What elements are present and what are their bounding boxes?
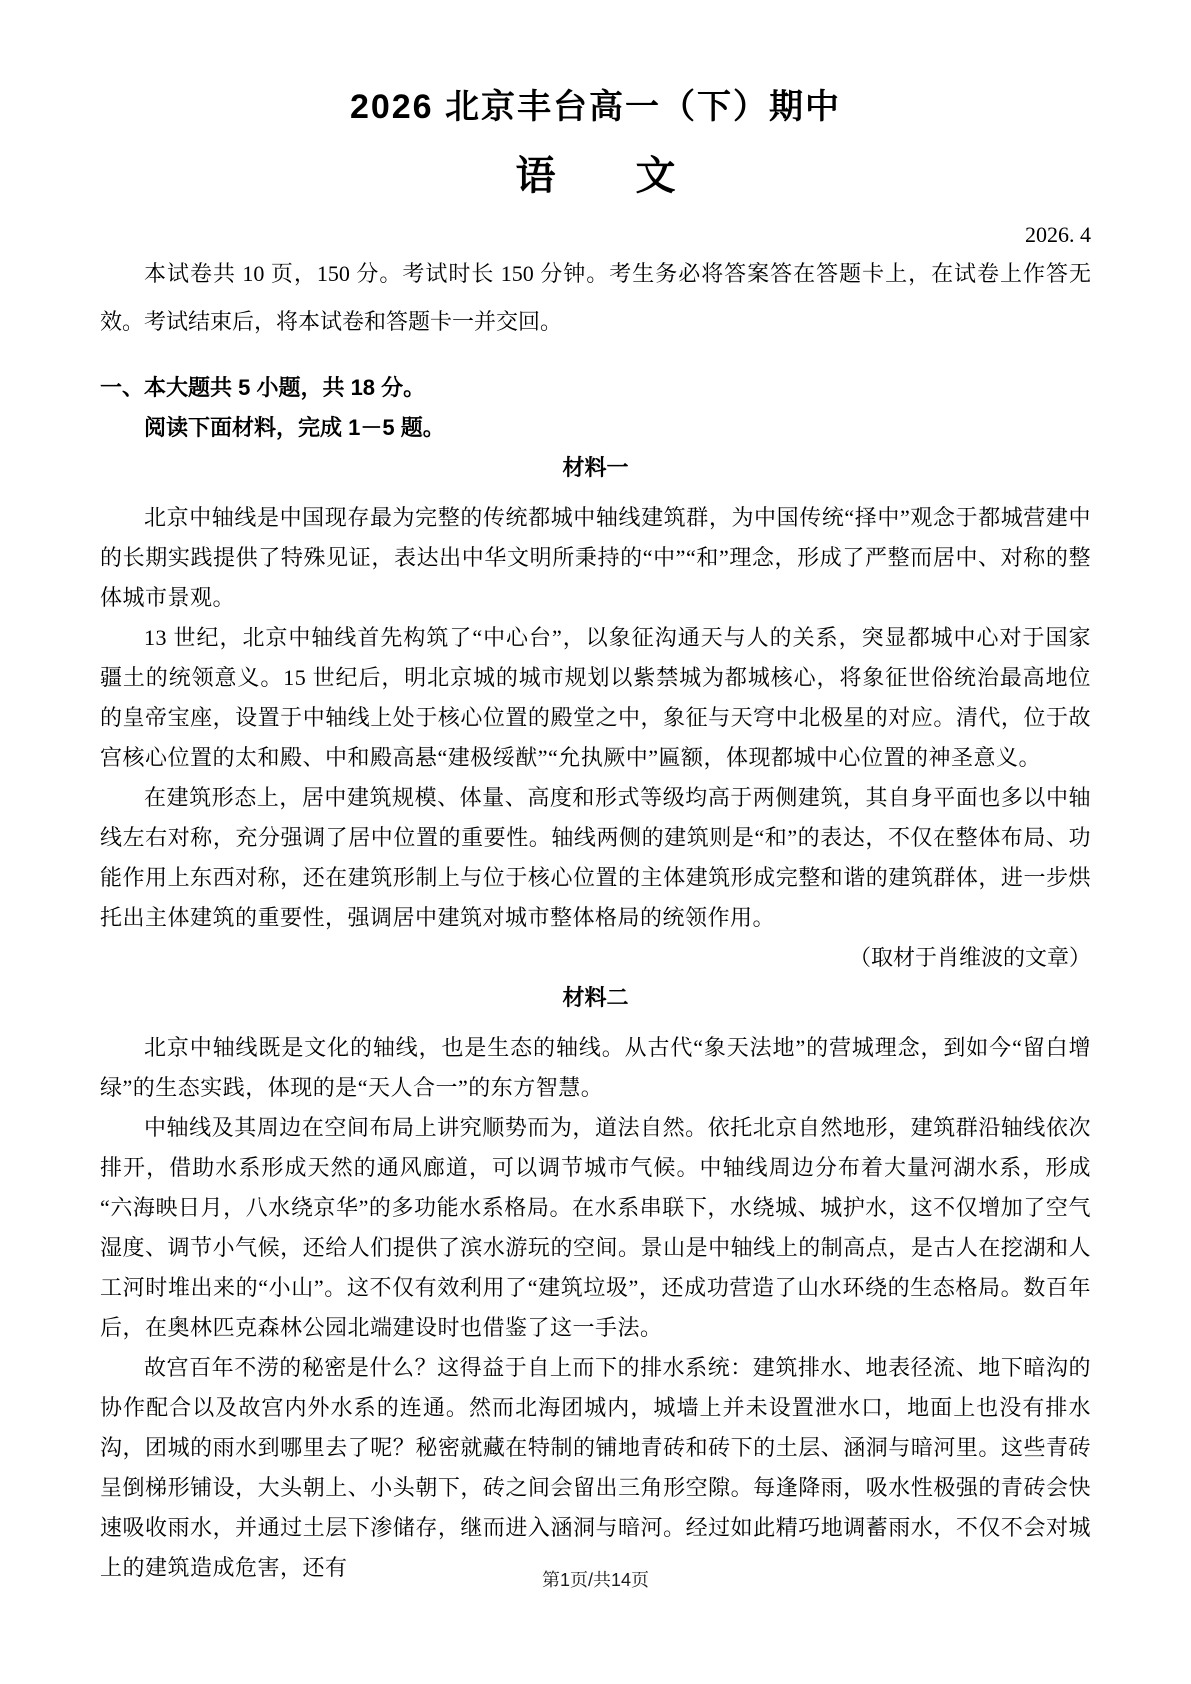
reading-instruction: 阅读下面材料，完成 1－5 题。 [100,408,1091,448]
material-one-title: 材料一 [100,448,1091,488]
material-two-body: 北京中轴线既是文化的轴线，也是生态的轴线。从古代“象天法地”的营城理念，到如今“… [100,1028,1091,1588]
page-number-footer: 第1页/共14页 [0,1566,1191,1592]
exam-title: 2026 北京丰台高一（下）期中 [100,86,1091,128]
material-one-source: （取材于肖维波的文章） [100,938,1091,978]
subject-title: 语 文 [100,154,1091,198]
material-one-body: 北京中轴线是中国现存最为完整的传统都城中轴线建筑群，为中国传统“择中”观念于都城… [100,498,1091,938]
material-two-title: 材料二 [100,978,1091,1018]
material-one-paragraph: 北京中轴线是中国现存最为完整的传统都城中轴线建筑群，为中国传统“择中”观念于都城… [100,498,1091,618]
exam-paper-page: 2026 北京丰台高一（下）期中 语 文 2026. 4 本试卷共 10 页，1… [100,0,1091,1588]
exam-date: 2026. 4 [100,222,1091,248]
material-two-paragraph: 中轴线及其周边在空间布局上讲究顺势而为，道法自然。依托北京自然地形，建筑群沿轴线… [100,1108,1091,1348]
material-one-paragraph: 13 世纪，北京中轴线首先构筑了“中心台”，以象征沟通天与人的关系，突显都城中心… [100,618,1091,778]
material-two-paragraph: 故宫百年不涝的秘密是什么？这得益于自上而下的排水系统：建筑排水、地表径流、地下暗… [100,1348,1091,1588]
material-one-paragraph: 在建筑形态上，居中建筑规模、体量、高度和形式等级均高于两侧建筑，其自身平面也多以… [100,778,1091,938]
section-one-heading: 一、本大题共 5 小题，共 18 分。 [100,368,1091,408]
material-two-paragraph: 北京中轴线既是文化的轴线，也是生态的轴线。从古代“象天法地”的营城理念，到如今“… [100,1028,1091,1108]
exam-instructions: 本试卷共 10 页，150 分。考试时长 150 分钟。考生务必将答案答在答题卡… [100,250,1091,346]
